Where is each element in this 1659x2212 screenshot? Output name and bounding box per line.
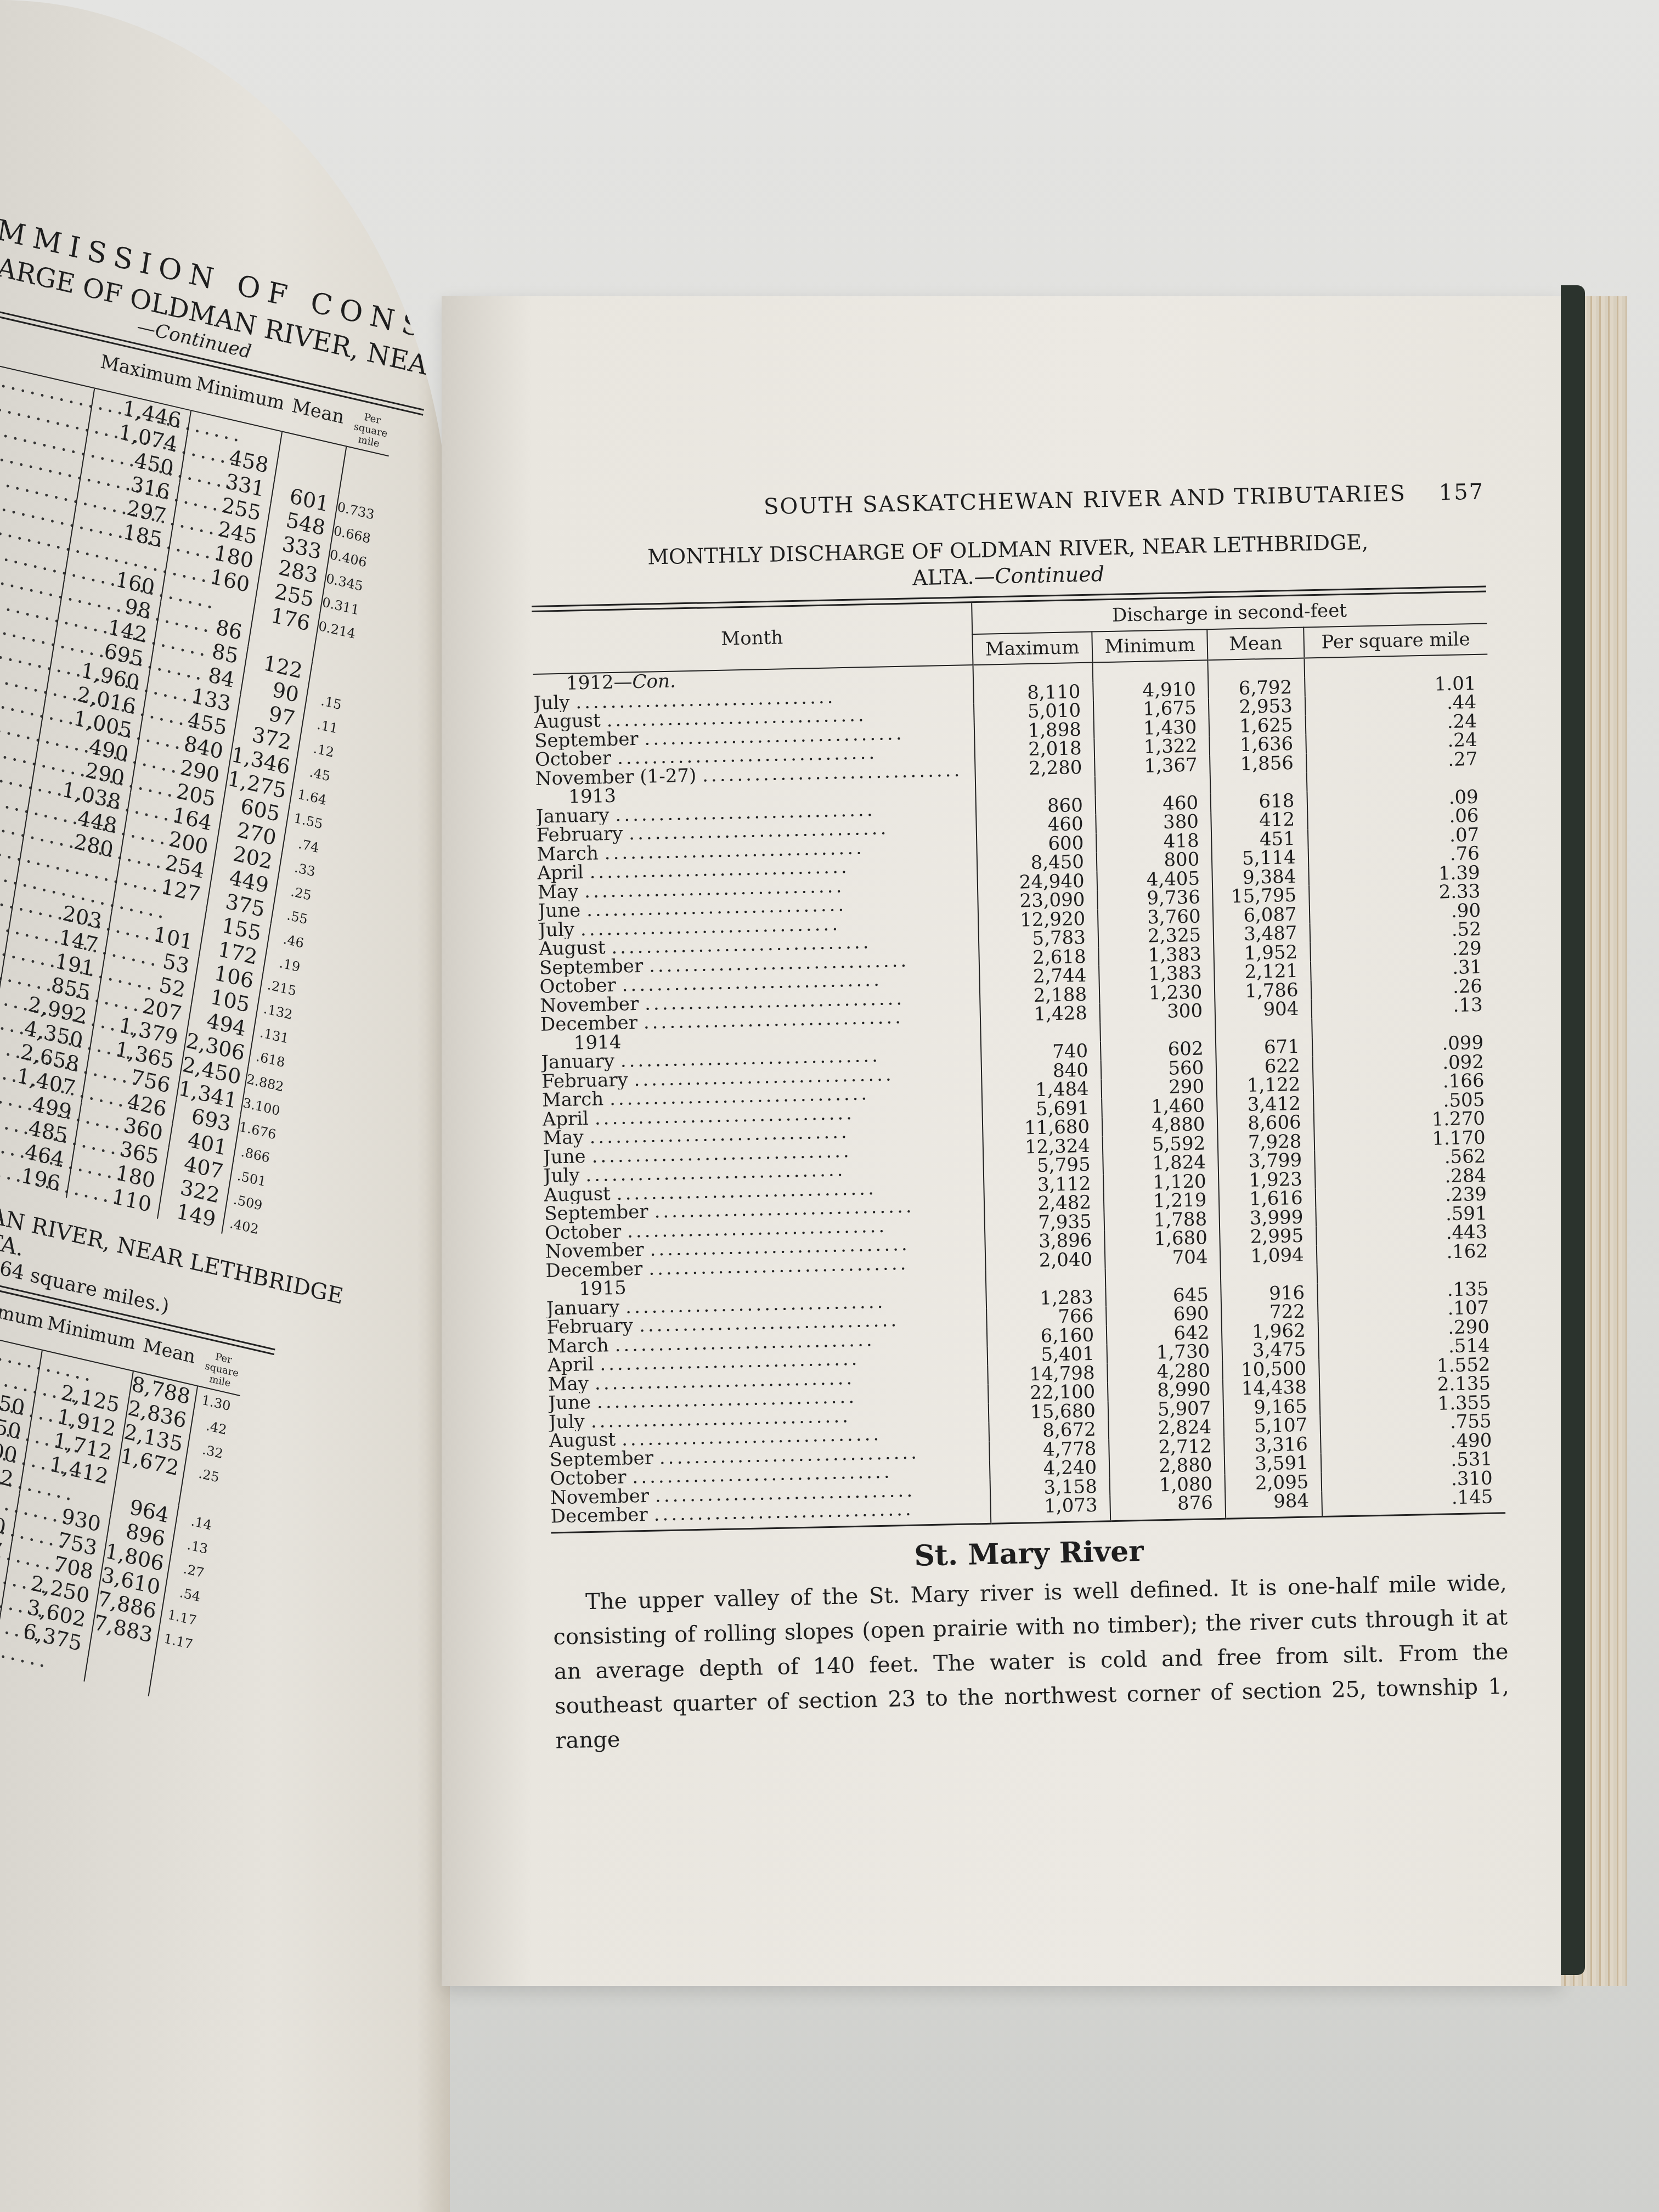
month-label: December [545, 1257, 643, 1280]
cell-min: 1,367 [1094, 755, 1210, 777]
table-title-continued: —Continued [974, 562, 1104, 589]
month-label: May [543, 1126, 584, 1148]
month-label: May [538, 881, 579, 902]
right-page-content: SOUTH SASKATCHEWAN RIVER AND TRIBUTARIES… [529, 479, 1510, 1758]
month-label: 1914 [573, 1031, 621, 1053]
month-label: April [542, 1107, 589, 1128]
month-label: September [539, 955, 644, 977]
month-label: 1912— [566, 671, 633, 693]
month-label: March [537, 842, 599, 864]
month-label: December [540, 1012, 638, 1034]
month-label: February [536, 823, 623, 845]
body-text: The upper valley of the St. Mary river i… [552, 1566, 1510, 1758]
cell-mean: 984 [1226, 1491, 1322, 1519]
table-title-alta: ALTA. [912, 565, 974, 590]
cell-mean: 1,856 [1210, 753, 1306, 774]
right-page: SOUTH SASKATCHEWAN RIVER AND TRIBUTARIES… [442, 296, 1561, 1986]
book-cover-edge [1561, 285, 1585, 1975]
discharge-table: Month Discharge in second-feet Maximum M… [532, 592, 1505, 1534]
month-label: February [541, 1069, 628, 1091]
cell-psm: .162 [1316, 1242, 1500, 1264]
month-label: September [534, 727, 639, 750]
month-label: January [546, 1296, 620, 1318]
month-label: March [542, 1088, 604, 1110]
cell-psm: .145 [1322, 1487, 1505, 1516]
month-label: October [535, 747, 612, 769]
month-label: October [539, 974, 616, 996]
cell-min: 300 [1099, 1001, 1215, 1023]
month-label: March [547, 1334, 609, 1356]
col-header-per-square-mile: Per square mile [1304, 624, 1487, 658]
cell-psm: .13 [1311, 995, 1495, 1018]
cell-min: 704 [1105, 1247, 1221, 1268]
month-label: January [541, 1050, 614, 1072]
month-label: April [548, 1353, 594, 1375]
month-label: June [538, 899, 580, 921]
month-label: September [549, 1447, 653, 1469]
month-label: August [539, 936, 606, 958]
body-paragraph: The upper valley of the St. Mary river i… [552, 1566, 1510, 1758]
month-label: July [538, 918, 574, 940]
month-label: 1915 [579, 1277, 627, 1300]
cell-max: 2,280 [975, 758, 1095, 779]
month-label: January [536, 804, 610, 826]
col-header-mean: Mean [1207, 628, 1304, 661]
month-label: November [545, 1239, 644, 1261]
col-header-minimum: Minimum [1092, 629, 1208, 662]
month-label: November [540, 993, 639, 1015]
left-table1: Maximum Minimum Mean Per square mile ...… [0, 315, 422, 1250]
left-page-content: MMISSION OF CONSERVATION HARGE OF OLDMAN… [0, 208, 439, 1712]
running-head-title: SOUTH SASKATCHEWAN RIVER AND TRIBUTARIES [764, 481, 1407, 520]
month-label: October [550, 1466, 627, 1488]
month-label: February [546, 1314, 633, 1337]
cell-psm: .27 [1306, 749, 1490, 772]
left-table2-block: RGE OF OLDMAN RIVER, NEAR LETHBRIDGE ALT… [0, 1165, 287, 1712]
month-label: June [543, 1145, 586, 1167]
month-label: May [548, 1373, 589, 1394]
col-header-maximum: Maximum [972, 632, 1092, 665]
cell-mean: 1,094 [1220, 1245, 1317, 1266]
cell-mean: 904 [1215, 999, 1312, 1020]
month-label: August [534, 709, 601, 731]
month-label: August [549, 1429, 616, 1451]
month-label: 1913 [568, 785, 616, 808]
month-label: June [548, 1391, 591, 1413]
page-number: 157 [1438, 479, 1484, 506]
month-label: July [543, 1164, 579, 1186]
month-label: October [545, 1220, 622, 1242]
month-label: July [533, 691, 569, 713]
month-label: December [550, 1504, 648, 1528]
left-page: MMISSION OF CONSERVATION HARGE OF OLDMAN… [0, 0, 450, 2212]
running-head: SOUTH SASKATCHEWAN RIVER AND TRIBUTARIES… [529, 479, 1485, 524]
month-label: September [544, 1201, 648, 1223]
month-label: July [549, 1410, 585, 1432]
discharge-table-body: 1912—Con.July ..........................… [533, 654, 1505, 1532]
col-header-month: Month [532, 603, 973, 674]
month-label: November [550, 1485, 650, 1507]
cell-min: 876 [1110, 1493, 1226, 1521]
cell-max: 2,040 [985, 1250, 1105, 1271]
cell-max: 1,073 [990, 1496, 1110, 1523]
month-label: April [537, 861, 584, 883]
month-label: August [544, 1183, 611, 1205]
cell-max: 1,428 [980, 1003, 1100, 1025]
year-continued-label: Con. [632, 670, 676, 693]
